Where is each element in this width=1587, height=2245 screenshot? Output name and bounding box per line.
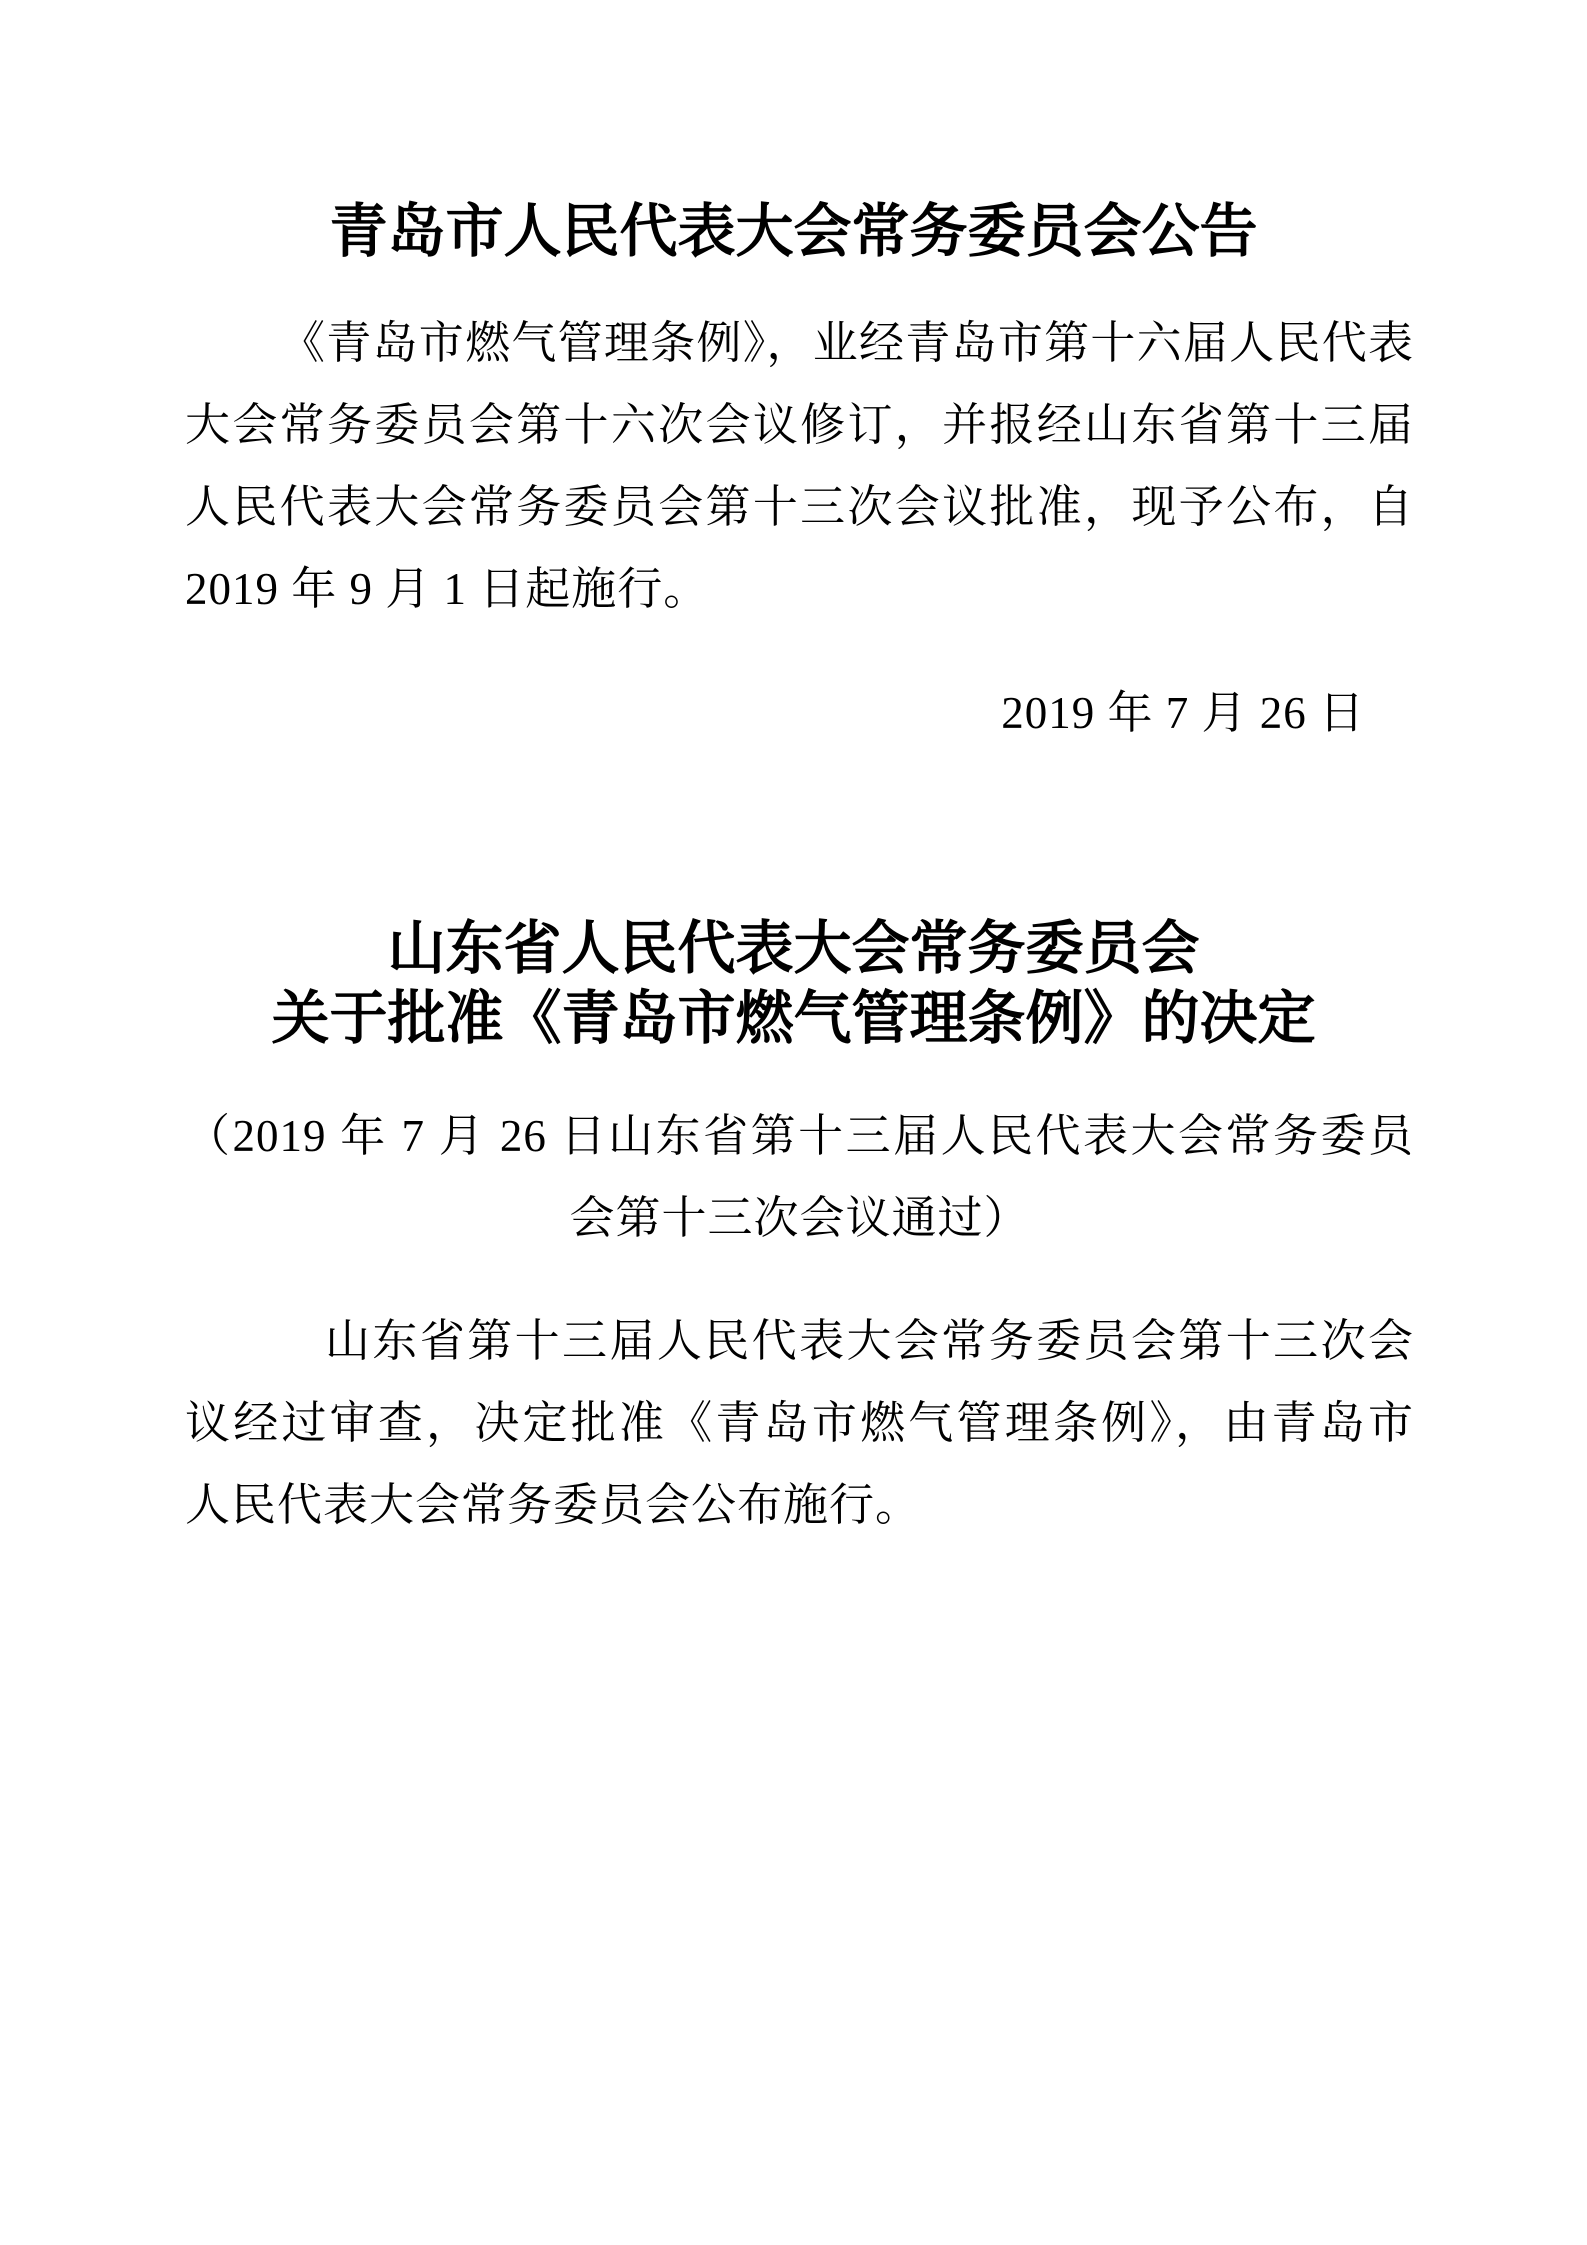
decision-body-line: 议经过审查，决定批准《青岛市燃气管理条例》，由青岛市 xyxy=(185,1382,1414,1464)
decision-body: 山东省第十三届人民代表大会常务委员会第十三次会 议经过审查，决定批准《青岛市燃气… xyxy=(185,1300,1414,1546)
announcement-body-line: 大会常务委员会第十六次会议修订，并报经山东省第十三届 xyxy=(185,384,1414,466)
announcement-body: 《青岛市燃气管理条例》，业经青岛市第十六届人民代表 大会常务委员会第十六次会议修… xyxy=(185,302,1414,630)
decision-meta-line: （2019 年 7 月 26 日山东省第十三届人民代表大会常务委员 xyxy=(185,1095,1414,1177)
decision-title-line: 关于批准《青岛市燃气管理条例》的决定 xyxy=(0,984,1587,1054)
announcement-body-line: 人民代表大会常务委员会第十三次会议批准，现予公布，自 xyxy=(185,466,1414,548)
decision-title: 山东省人民代表大会常务委员会 关于批准《青岛市燃气管理条例》的决定 xyxy=(0,914,1587,1054)
decision-meta: （2019 年 7 月 26 日山东省第十三届人民代表大会常务委员 会第十三次会… xyxy=(185,1095,1414,1259)
decision-meta-line: 会第十三次会议通过） xyxy=(185,1177,1414,1259)
decision-body-line: 山东省第十三届人民代表大会常务委员会第十三次会 xyxy=(185,1300,1414,1382)
announcement-body-line: 《青岛市燃气管理条例》，业经青岛市第十六届人民代表 xyxy=(185,302,1414,384)
announcement-title: 青岛市人民代表大会常务委员会公告 xyxy=(0,196,1587,268)
decision-body-line: 人民代表大会常务委员会公布施行。 xyxy=(185,1464,1414,1546)
announcement-body-line: 2019 年 9 月 1 日起施行。 xyxy=(185,548,1414,630)
decision-title-line: 山东省人民代表大会常务委员会 xyxy=(0,914,1587,984)
announcement-date: 2019 年 7 月 26 日 xyxy=(1001,672,1365,754)
document-page: 青岛市人民代表大会常务委员会公告 《青岛市燃气管理条例》，业经青岛市第十六届人民… xyxy=(0,0,1587,2245)
